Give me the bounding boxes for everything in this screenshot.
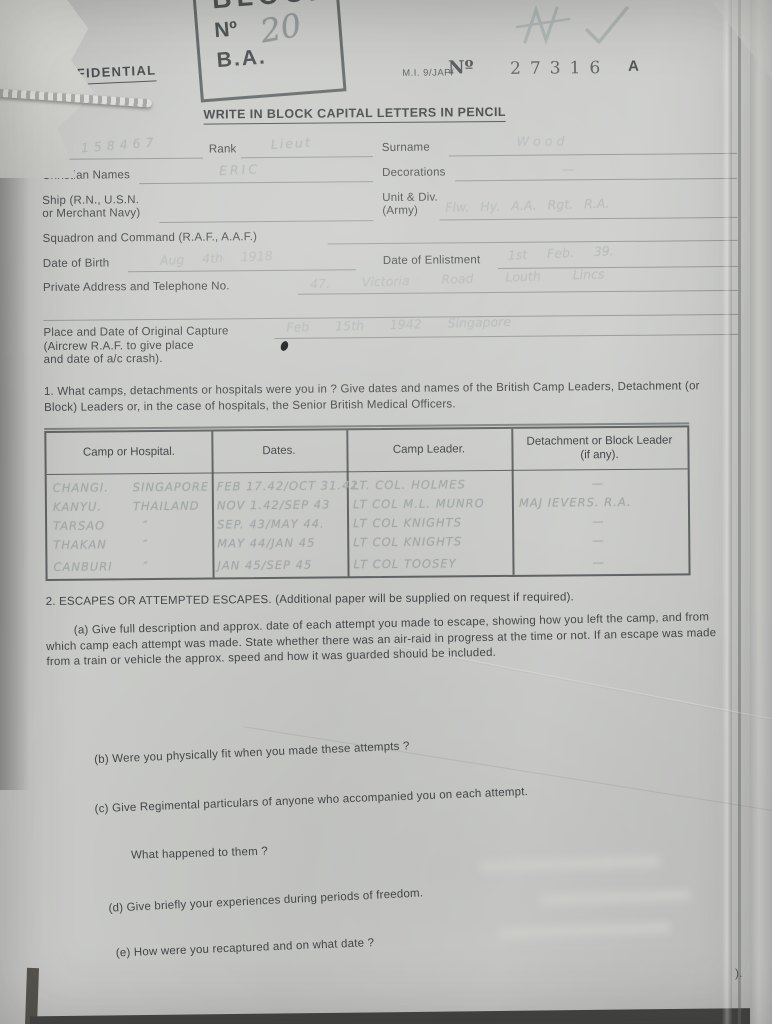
mi9-ref-number: 27316 [510,58,609,79]
field-label-capture: Place and Date of Original Capture [43,325,228,339]
confidential-marking: NFIDENTIAL [66,62,157,85]
cell-camp: KANYU. [53,499,102,513]
stamp-block-number-handwritten: 20 [257,6,304,51]
cell-camp: TARSAO [53,518,105,532]
scanned-pow-questionnaire-page: NFIDENTIAL BLOCK Nº 20 B.A. M.I. 9/JAP/ … [0,0,772,1024]
field-label-ship-line2: or Merchant Navy) [42,207,140,220]
cell-camp: CANBURI [53,559,112,574]
cell-dates: NOV 1.42/SEP 43 [217,497,331,512]
cell-camp: THAKAN [53,537,107,551]
field-line-squadron [328,239,738,245]
cell-leader: LT COL TOOSEY [353,556,456,571]
table-row: CANBURI ″ JAN 45/SEP 45 LT COL TOOSEY — [47,554,688,579]
question-2-heading: 2. ESCAPES OR ATTEMPTED ESCAPES. (Additi… [46,589,726,610]
field-line-address [298,289,738,295]
field-line-no [63,157,203,160]
table-header-leader: Camp Leader. [346,429,511,471]
field-label-no: No. [42,145,61,157]
field-line-ship [159,219,373,223]
question-1-text: 1. What camps, detachments or hospitals … [44,379,706,416]
pto-mark: P.T.O. [650,1010,694,1024]
field-label-surname: Surname [382,142,430,154]
field-label-unit-line2: (Army) [382,205,418,217]
table-header-dates: Dates. [211,430,346,472]
field-label-rank: Rank [209,143,237,155]
table-header-detachment: Detachment or Block Leader (if any). [511,427,687,470]
block-number-stamp: BLOCK Nº 20 B.A. [191,0,346,103]
cell-camp: CHANGI. [53,480,109,494]
form-content: NFIDENTIAL BLOCK Nº 20 B.A. M.I. 9/JAP/ … [0,0,772,1024]
question-2c-followup-text: What happened to them ? [131,846,268,862]
question-2d-text: (d) Give briefly your experiences during… [108,887,423,914]
table-body: CHANGI. SINGAPORE FEB 17.42/OCT 31.42 LT… [47,469,689,579]
field-label-unit-line1: Unit & Div. [382,192,438,204]
field-label-enlistment: Date of Enlistment [383,254,481,267]
field-line-unit [439,216,737,221]
cell-detachment: MAJ IEVERS. R.A. [519,495,632,510]
field-value-rank: Lieut [270,135,312,152]
cell-leader: LT COL M.L. MUNRO [353,496,485,511]
cell-place: ″ [143,537,148,551]
corner-pen-mark: ). [735,966,742,980]
field-capture-note-line1: (Aircrew R.A.F. to give place [43,340,193,353]
cell-leader: LT COL KNIGHTS [353,515,462,530]
cell-place: SINGAPORE [133,480,209,495]
cell-dates: JAN 45/SEP 45 [217,558,312,573]
field-line-surname [449,152,737,157]
cell-dates: SEP. 43/MAY 44. [217,517,325,532]
field-value-unit: Flw. Hy. A.A. Rgt. R.A. [445,196,610,215]
table-header-row: Camp or Hospital. Dates. Camp Leader. De… [46,427,687,475]
field-value-no: 158467 [80,134,159,155]
field-value-dob: Aug 4th 1918 [160,248,273,268]
cell-leader: LT COL KNIGHTS [353,534,462,549]
field-label-christian-names: Christian Names [42,169,130,182]
field-label-squadron: Squadron and Command (R.A.F., A.A.F.) [43,231,258,245]
question-2e-text: (e) How were you recaptured and on what … [116,937,375,959]
field-capture-note-line2: and date of a/c crash). [44,353,163,366]
cell-detachment: — [592,514,605,528]
field-line-decorations [455,177,737,181]
question-2c-text: (c) Give Regimental particulars of anyon… [94,786,528,815]
cell-leader: LT. COL. HOLMES [353,477,466,492]
form-instruction-heading: WRITE IN BLOCK CAPITAL LETTERS IN PENCIL [203,105,505,125]
field-label-decorations: Decorations [382,166,446,179]
field-label-dob: Date of Birth [43,257,110,270]
cell-place: ″ [143,518,148,532]
cell-dates: FEB 17.42/OCT 31.42 [217,478,359,493]
mi9-ref-no-label: Nº [448,57,474,78]
question-2a-text: (a) Give full description and approx. da… [46,610,737,671]
camps-table: Camp or Hospital. Dates. Camp Leader. De… [44,425,690,581]
field-line-dob [128,268,356,272]
cell-detachment: — [592,555,605,569]
field-value-decorations: — [562,161,575,176]
cell-place: THAILAND [133,499,200,514]
table-header-camp: Camp or Hospital. [46,432,211,474]
question-2b-text: (b) Were you physically fit when you mad… [94,740,410,766]
field-value-christian-names: ERIC [219,161,261,178]
cell-place: ″ [143,559,148,573]
field-label-address: Private Address and Telephone No. [43,280,230,294]
field-value-enlistment: 1st Feb. 39. [507,243,614,263]
field-label-ship-line1: Ship (R.N., U.S.N. [42,194,139,207]
field-line-capture [274,333,738,339]
field-value-surname: Wood [517,133,569,148]
field-line-rank [241,155,373,158]
cell-dates: MAY 44/JAN 45 [217,536,315,551]
cell-detachment: — [592,476,605,490]
mi9-ref-prefix: M.I. 9/JAP/ [402,67,454,78]
mi9-ref-suffix: A [628,58,639,75]
field-line-christian-names [139,180,373,184]
cell-detachment: — [592,533,605,547]
